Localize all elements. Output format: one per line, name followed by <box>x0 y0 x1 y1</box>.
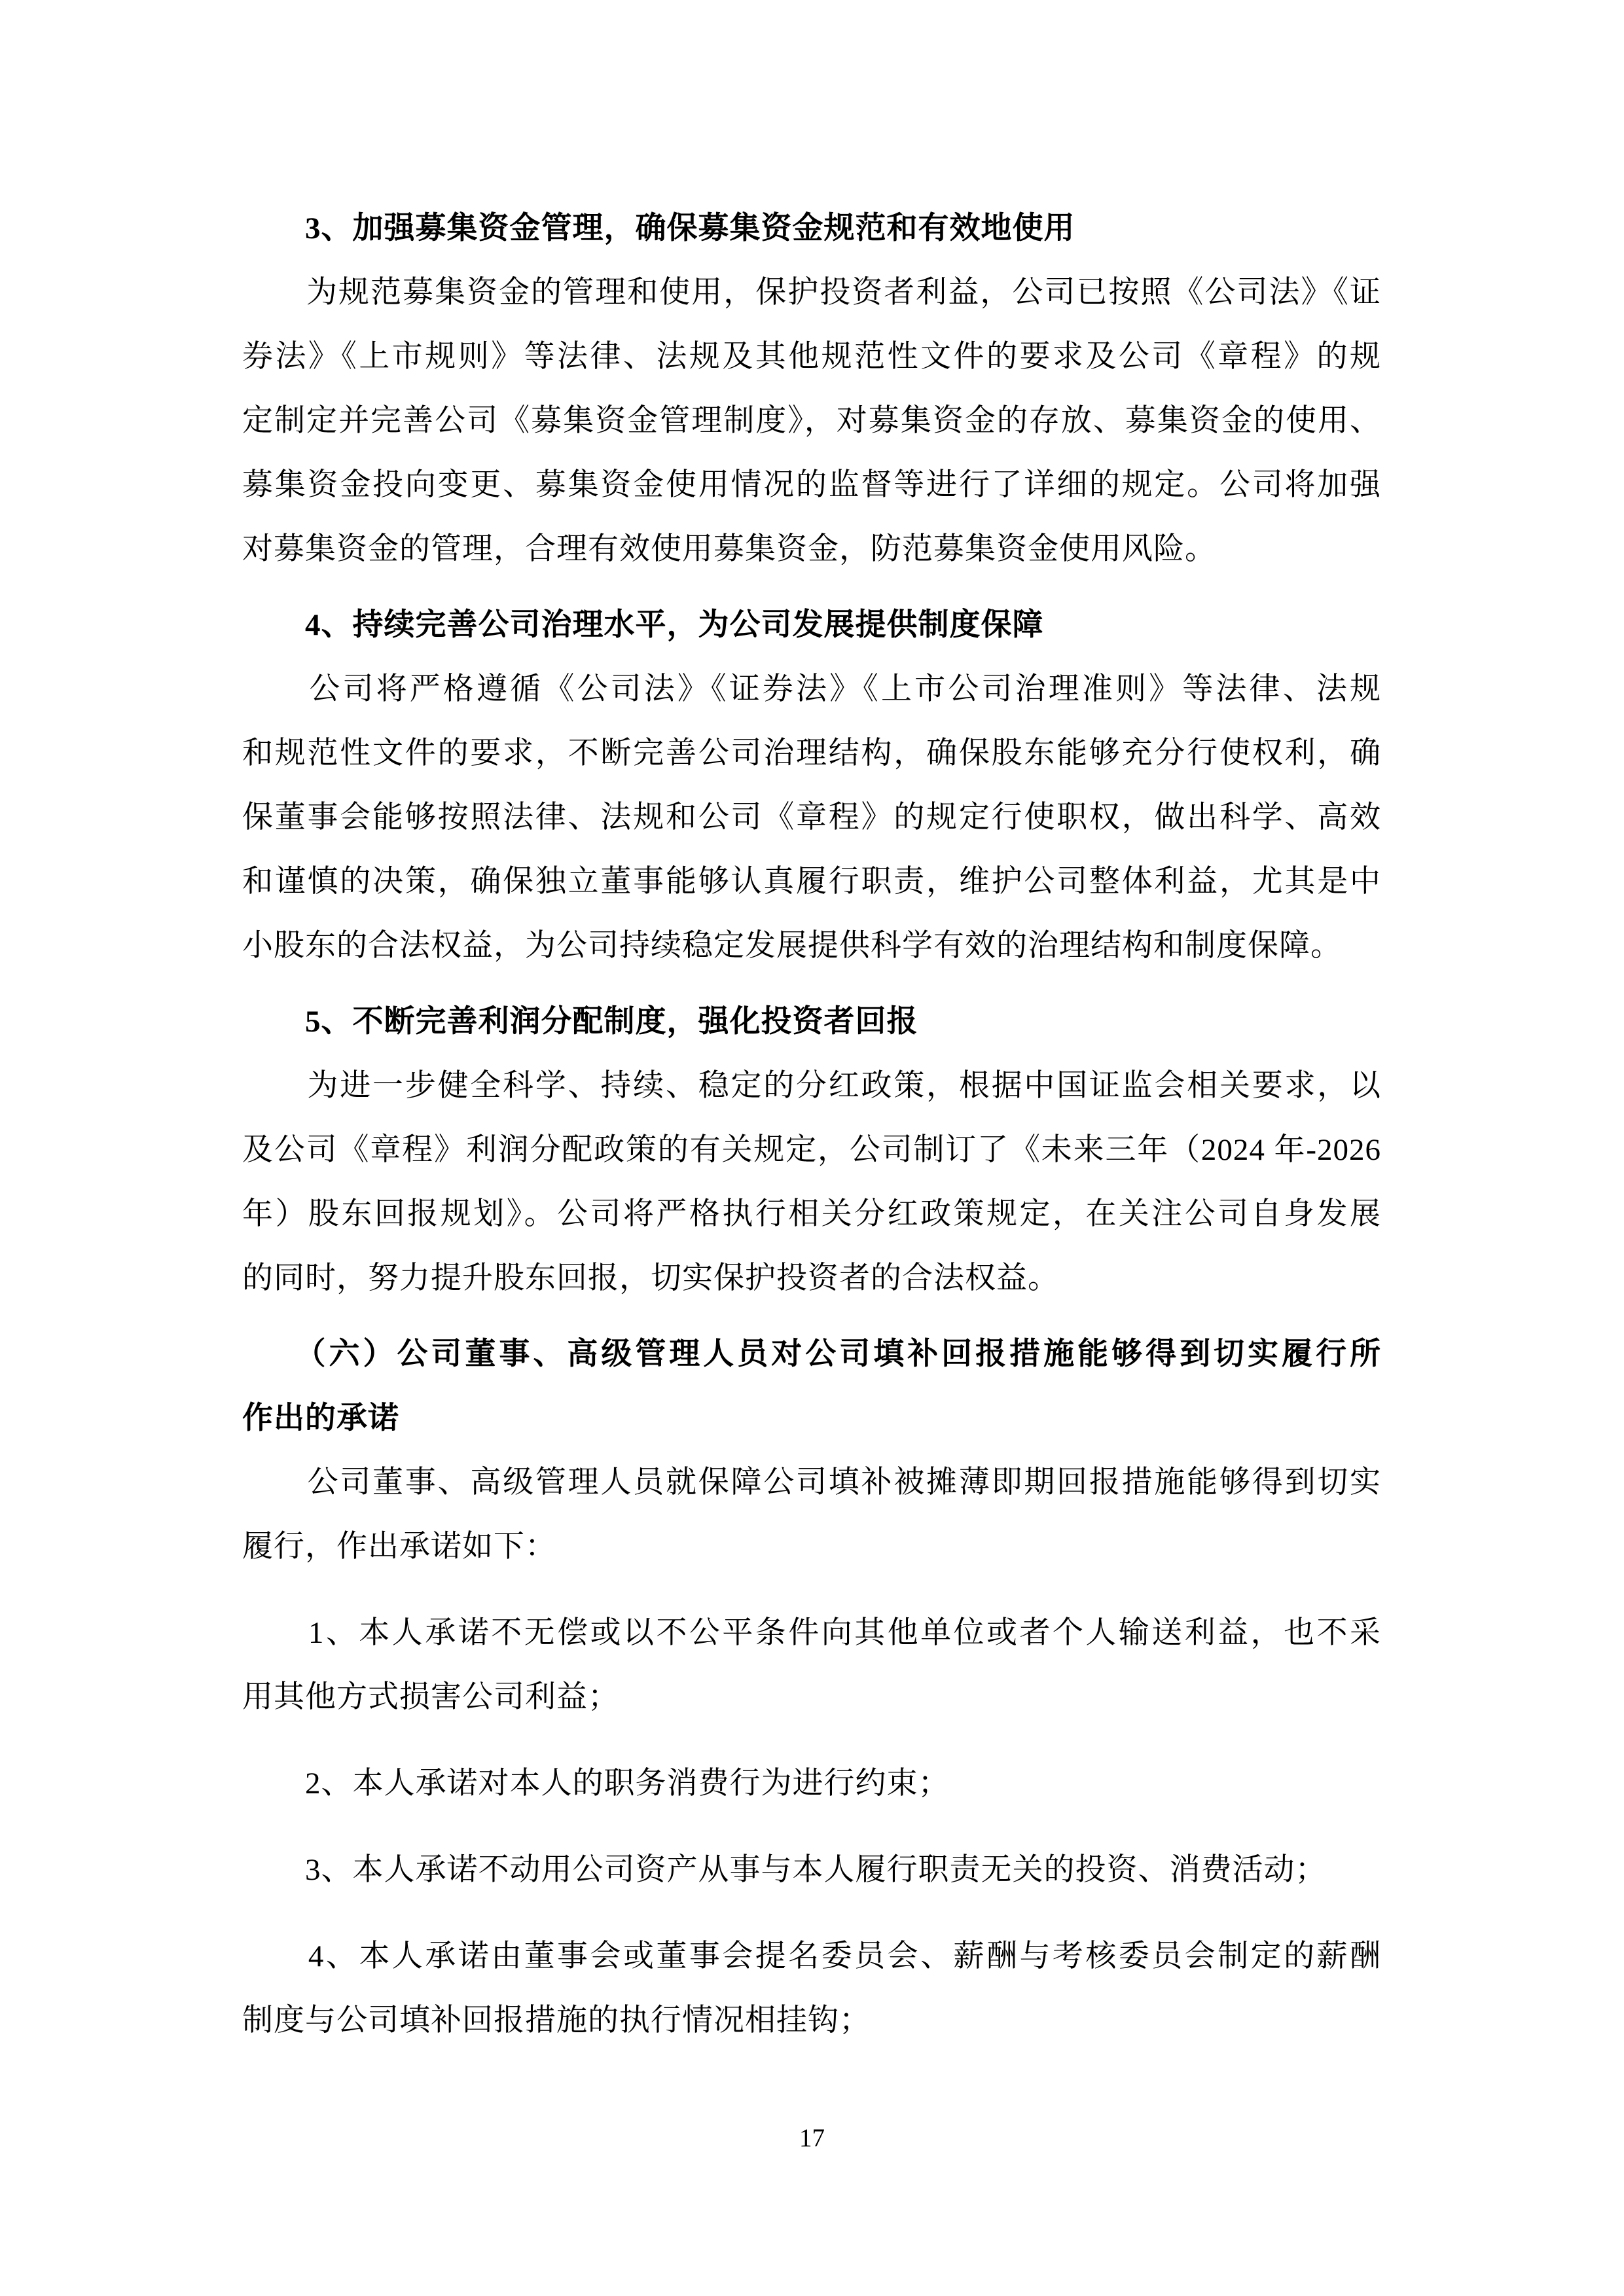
text-line: 5、不断完善利润分配制度，强化投资者回报 <box>242 990 1381 1054</box>
list-item: 4、本人承诺由董事会或董事会提名委员会、薪酬与考核委员会制定的薪酬制度与公司填补… <box>242 1924 1381 2053</box>
paragraph: 公司董事、高级管理人员就保障公司填补被摊薄即期回报措施能够得到切实履行，作出承诺… <box>242 1450 1381 1579</box>
text-line: 券法》《上市规则》等法律、法规及其他规范性文件的要求及公司《章程》的规 <box>242 325 1381 389</box>
text-line: 对募集资金的管理，合理有效使用募集资金，防范募集资金使用风险。 <box>242 517 1381 581</box>
page-number: 17 <box>0 2123 1624 2154</box>
paragraph: 为规范募集资金的管理和使用，保护投资者利益，公司已按照《公司法》《证券法》《上市… <box>242 260 1381 581</box>
text-line: 和谨慎的决策，确保独立董事能够认真履行职责，维护公司整体利益，尤其是中 <box>242 850 1381 914</box>
text-line: 1、本人承诺不无偿或以不公平条件向其他单位或者个人输送利益，也不采 <box>242 1601 1381 1665</box>
text-line: 4、本人承诺由董事会或董事会提名委员会、薪酬与考核委员会制定的薪酬 <box>242 1924 1381 1988</box>
text-line: 4、持续完善公司治理水平，为公司发展提供制度保障 <box>242 593 1381 657</box>
text-line: 3、本人承诺不动用公司资产从事与本人履行职责无关的投资、消费活动； <box>242 1838 1381 1902</box>
document-page: 3、加强募集资金管理，确保募集资金规范和有效地使用 为规范募集资金的管理和使用，… <box>0 0 1624 2296</box>
text-line: 用其他方式损害公司利益； <box>242 1665 1381 1729</box>
text-line: 2、本人承诺对本人的职务消费行为进行约束； <box>242 1751 1381 1816</box>
section-heading: 4、持续完善公司治理水平，为公司发展提供制度保障 <box>242 593 1381 657</box>
section-heading: （六）公司董事、高级管理人员对公司填补回报措施能够得到切实履行所作出的承诺 <box>242 1322 1381 1450</box>
text-line: 募集资金投向变更、募集资金使用情况的监督等进行了详细的规定。公司将加强 <box>242 453 1381 517</box>
section-heading: 3、加强募集资金管理，确保募集资金规范和有效地使用 <box>242 196 1381 260</box>
document-body: 3、加强募集资金管理，确保募集资金规范和有效地使用 为规范募集资金的管理和使用，… <box>242 196 1381 2053</box>
text-line: 制度与公司填补回报措施的执行情况相挂钩； <box>242 1988 1381 2053</box>
text-line: 公司将严格遵循《公司法》《证券法》《上市公司治理准则》等法律、法规 <box>242 657 1381 721</box>
text-line: 履行，作出承诺如下： <box>242 1515 1381 1579</box>
list-item: 3、本人承诺不动用公司资产从事与本人履行职责无关的投资、消费活动； <box>242 1838 1381 1902</box>
text-line: 作出的承诺 <box>242 1386 1381 1450</box>
text-line: 为进一步健全科学、持续、稳定的分红政策，根据中国证监会相关要求，以 <box>242 1054 1381 1118</box>
text-line: 保董事会能够按照法律、法规和公司《章程》的规定行使职权，做出科学、高效 <box>242 785 1381 850</box>
paragraph: 公司将严格遵循《公司法》《证券法》《上市公司治理准则》等法律、法规和规范性文件的… <box>242 657 1381 978</box>
list-item: 2、本人承诺对本人的职务消费行为进行约束； <box>242 1751 1381 1816</box>
text-line: 和规范性文件的要求，不断完善公司治理结构，确保股东能够充分行使权利，确 <box>242 721 1381 785</box>
section-heading: 5、不断完善利润分配制度，强化投资者回报 <box>242 990 1381 1054</box>
text-line: （六）公司董事、高级管理人员对公司填补回报措施能够得到切实履行所 <box>242 1322 1381 1386</box>
text-line: 年）股东回报规划》。公司将严格执行相关分红政策规定，在关注公司自身发展 <box>242 1182 1381 1246</box>
text-line: 及公司《章程》利润分配政策的有关规定，公司制订了《未来三年（2024 年-202… <box>242 1118 1381 1182</box>
text-line: 定制定并完善公司《募集资金管理制度》，对募集资金的存放、募集资金的使用、 <box>242 389 1381 453</box>
list-item: 1、本人承诺不无偿或以不公平条件向其他单位或者个人输送利益，也不采用其他方式损害… <box>242 1601 1381 1729</box>
text-line: 为规范募集资金的管理和使用，保护投资者利益，公司已按照《公司法》《证 <box>242 260 1381 325</box>
text-line: 公司董事、高级管理人员就保障公司填补被摊薄即期回报措施能够得到切实 <box>242 1450 1381 1515</box>
text-line: 的同时，努力提升股东回报，切实保护投资者的合法权益。 <box>242 1246 1381 1310</box>
text-line: 小股东的合法权益，为公司持续稳定发展提供科学有效的治理结构和制度保障。 <box>242 914 1381 978</box>
paragraph: 为进一步健全科学、持续、稳定的分红政策，根据中国证监会相关要求，以及公司《章程》… <box>242 1054 1381 1310</box>
text-line: 3、加强募集资金管理，确保募集资金规范和有效地使用 <box>242 196 1381 260</box>
